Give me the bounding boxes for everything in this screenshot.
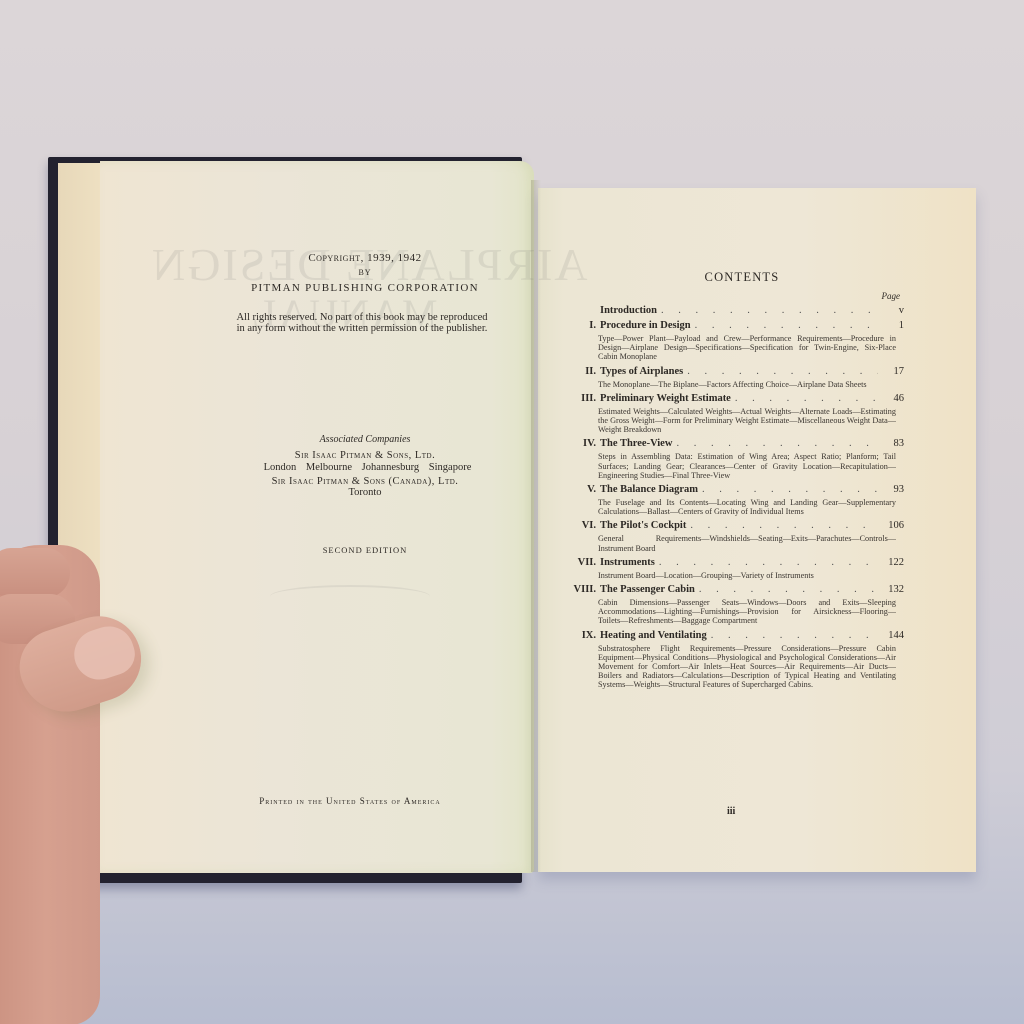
company-uk: Sir Isaac Pitman & Sons, Ltd. <box>200 450 530 461</box>
table-of-contents: CONTENTS Page Introduction . . . . . . .… <box>568 270 896 690</box>
toc-entry: I. Procedure in Design . . . . . . . . .… <box>568 320 896 362</box>
company-uk-cities: London Melbourne Johannesburg Singapore <box>220 462 515 473</box>
dot-leader: . . . . . . . . . . . . . . . . . . . . … <box>711 630 878 641</box>
finger <box>0 548 70 598</box>
chapter-number: IX. <box>568 630 596 641</box>
chapter-title: Types of Airplanes <box>600 366 683 377</box>
chapter-page: 17 <box>882 366 904 377</box>
dot-leader: . . . . . . . . . . . . . . . . . . . . … <box>699 584 878 595</box>
chapter-summary: Type—Power Plant—Payload and Crew—Perfor… <box>598 334 896 362</box>
dot-leader: . . . . . . . . . . . . . . . . . . . . … <box>690 520 878 531</box>
toc-entry: Introduction . . . . . . . . . . . . . .… <box>568 305 896 316</box>
chapter-title: Instruments <box>600 557 655 568</box>
dot-leader: . . . . . . . . . . . . . . . . . . . . … <box>687 366 878 377</box>
chapter-page: 122 <box>882 557 904 568</box>
chapter-summary: The Monoplane—The Biplane—Factors Affect… <box>598 380 896 389</box>
by-line: BY <box>200 268 530 277</box>
chapter-page: 132 <box>882 584 904 595</box>
chapter-summary: Steps in Assembling Data: Estimation of … <box>598 452 896 480</box>
chapter-page: 83 <box>882 438 904 449</box>
chapter-summary: Cabin Dimensions—Passenger Seats—Windows… <box>598 598 896 626</box>
toc-entry: III. Preliminary Weight Estimate . . . .… <box>568 393 896 435</box>
toc-entry: VIII. The Passenger Cabin . . . . . . . … <box>568 584 896 626</box>
toc-entry: IX. Heating and Ventilating . . . . . . … <box>568 630 896 690</box>
page-column-label: Page <box>568 291 900 301</box>
chapter-page: 144 <box>882 630 904 641</box>
chapter-title: Procedure in Design <box>600 320 691 331</box>
chapter-title: The Three-View <box>600 438 672 449</box>
toc-entry: II. Types of Airplanes . . . . . . . . .… <box>568 366 896 389</box>
chapter-title: The Balance Diagram <box>600 484 698 495</box>
chapter-page: v <box>882 305 904 316</box>
chapter-page: 46 <box>882 393 904 404</box>
toc-entry: VI. The Pilot's Cockpit . . . . . . . . … <box>568 520 896 552</box>
chapter-number: VIII. <box>568 584 596 595</box>
chapter-summary: The Fuselage and Its Contents—Locating W… <box>598 498 896 516</box>
chapter-title: The Passenger Cabin <box>600 584 695 595</box>
chapter-title: Introduction <box>600 305 657 316</box>
toc-entry: VII. Instruments . . . . . . . . . . . .… <box>568 557 896 580</box>
associated-companies-label: Associated Companies <box>200 434 530 445</box>
contents-heading: CONTENTS <box>588 270 896 285</box>
chapter-page: 106 <box>882 520 904 531</box>
chapter-number: II. <box>568 366 596 377</box>
dot-leader: . . . . . . . . . . . . . . . . . . . . … <box>695 320 878 331</box>
chapter-number: I. <box>568 320 596 331</box>
copyright-line: Copyright, 1939, 1942 <box>200 252 530 264</box>
rights-notice: All rights reserved. No part of this boo… <box>232 312 492 334</box>
chapter-number: VI. <box>568 520 596 531</box>
toc-entry: V. The Balance Diagram . . . . . . . . .… <box>568 484 896 516</box>
toc-entry: IV. The Three-View . . . . . . . . . . .… <box>568 438 896 480</box>
chapter-number: III. <box>568 393 596 404</box>
chapter-title: Preliminary Weight Estimate <box>600 393 731 404</box>
chapter-summary: Substratosphere Flight Requirements—Pres… <box>598 644 896 690</box>
dot-leader: . . . . . . . . . . . . . . . . . . . . … <box>735 393 878 404</box>
chapter-title: The Pilot's Cockpit <box>600 520 686 531</box>
publisher-name: PITMAN PUBLISHING CORPORATION <box>200 282 530 294</box>
chapter-number: VII. <box>568 557 596 568</box>
chapter-page: 1 <box>882 320 904 331</box>
chapter-number: V. <box>568 484 596 495</box>
company-canada: Sir Isaac Pitman & Sons (Canada), Ltd. <box>200 476 530 487</box>
dot-leader: . . . . . . . . . . . . . . . . . . . . … <box>659 557 878 568</box>
dot-leader: . . . . . . . . . . . . . . . . . . . . … <box>661 305 878 316</box>
company-canada-city: Toronto <box>200 487 530 498</box>
page-folio: iii <box>727 806 735 817</box>
chapter-summary: Estimated Weights—Calculated Weights—Act… <box>598 407 896 435</box>
dot-leader: . . . . . . . . . . . . . . . . . . . . … <box>676 438 878 449</box>
edition-label: SECOND EDITION <box>200 545 530 555</box>
chapter-summary: Instrument Board—Location—Grouping—Varie… <box>598 571 896 580</box>
chapter-page: 93 <box>882 484 904 495</box>
chapter-title: Heating and Ventilating <box>600 630 707 641</box>
chapter-number: IV. <box>568 438 596 449</box>
photo-scene: AIRPLANE DESIGN MANUAL Copyright, 1939, … <box>0 0 1024 1024</box>
printed-in-line: Printed in the United States of America <box>200 796 500 806</box>
chapter-summary: General Requirements—Windshields—Seating… <box>598 534 896 552</box>
dot-leader: . . . . . . . . . . . . . . . . . . . . … <box>702 484 878 495</box>
